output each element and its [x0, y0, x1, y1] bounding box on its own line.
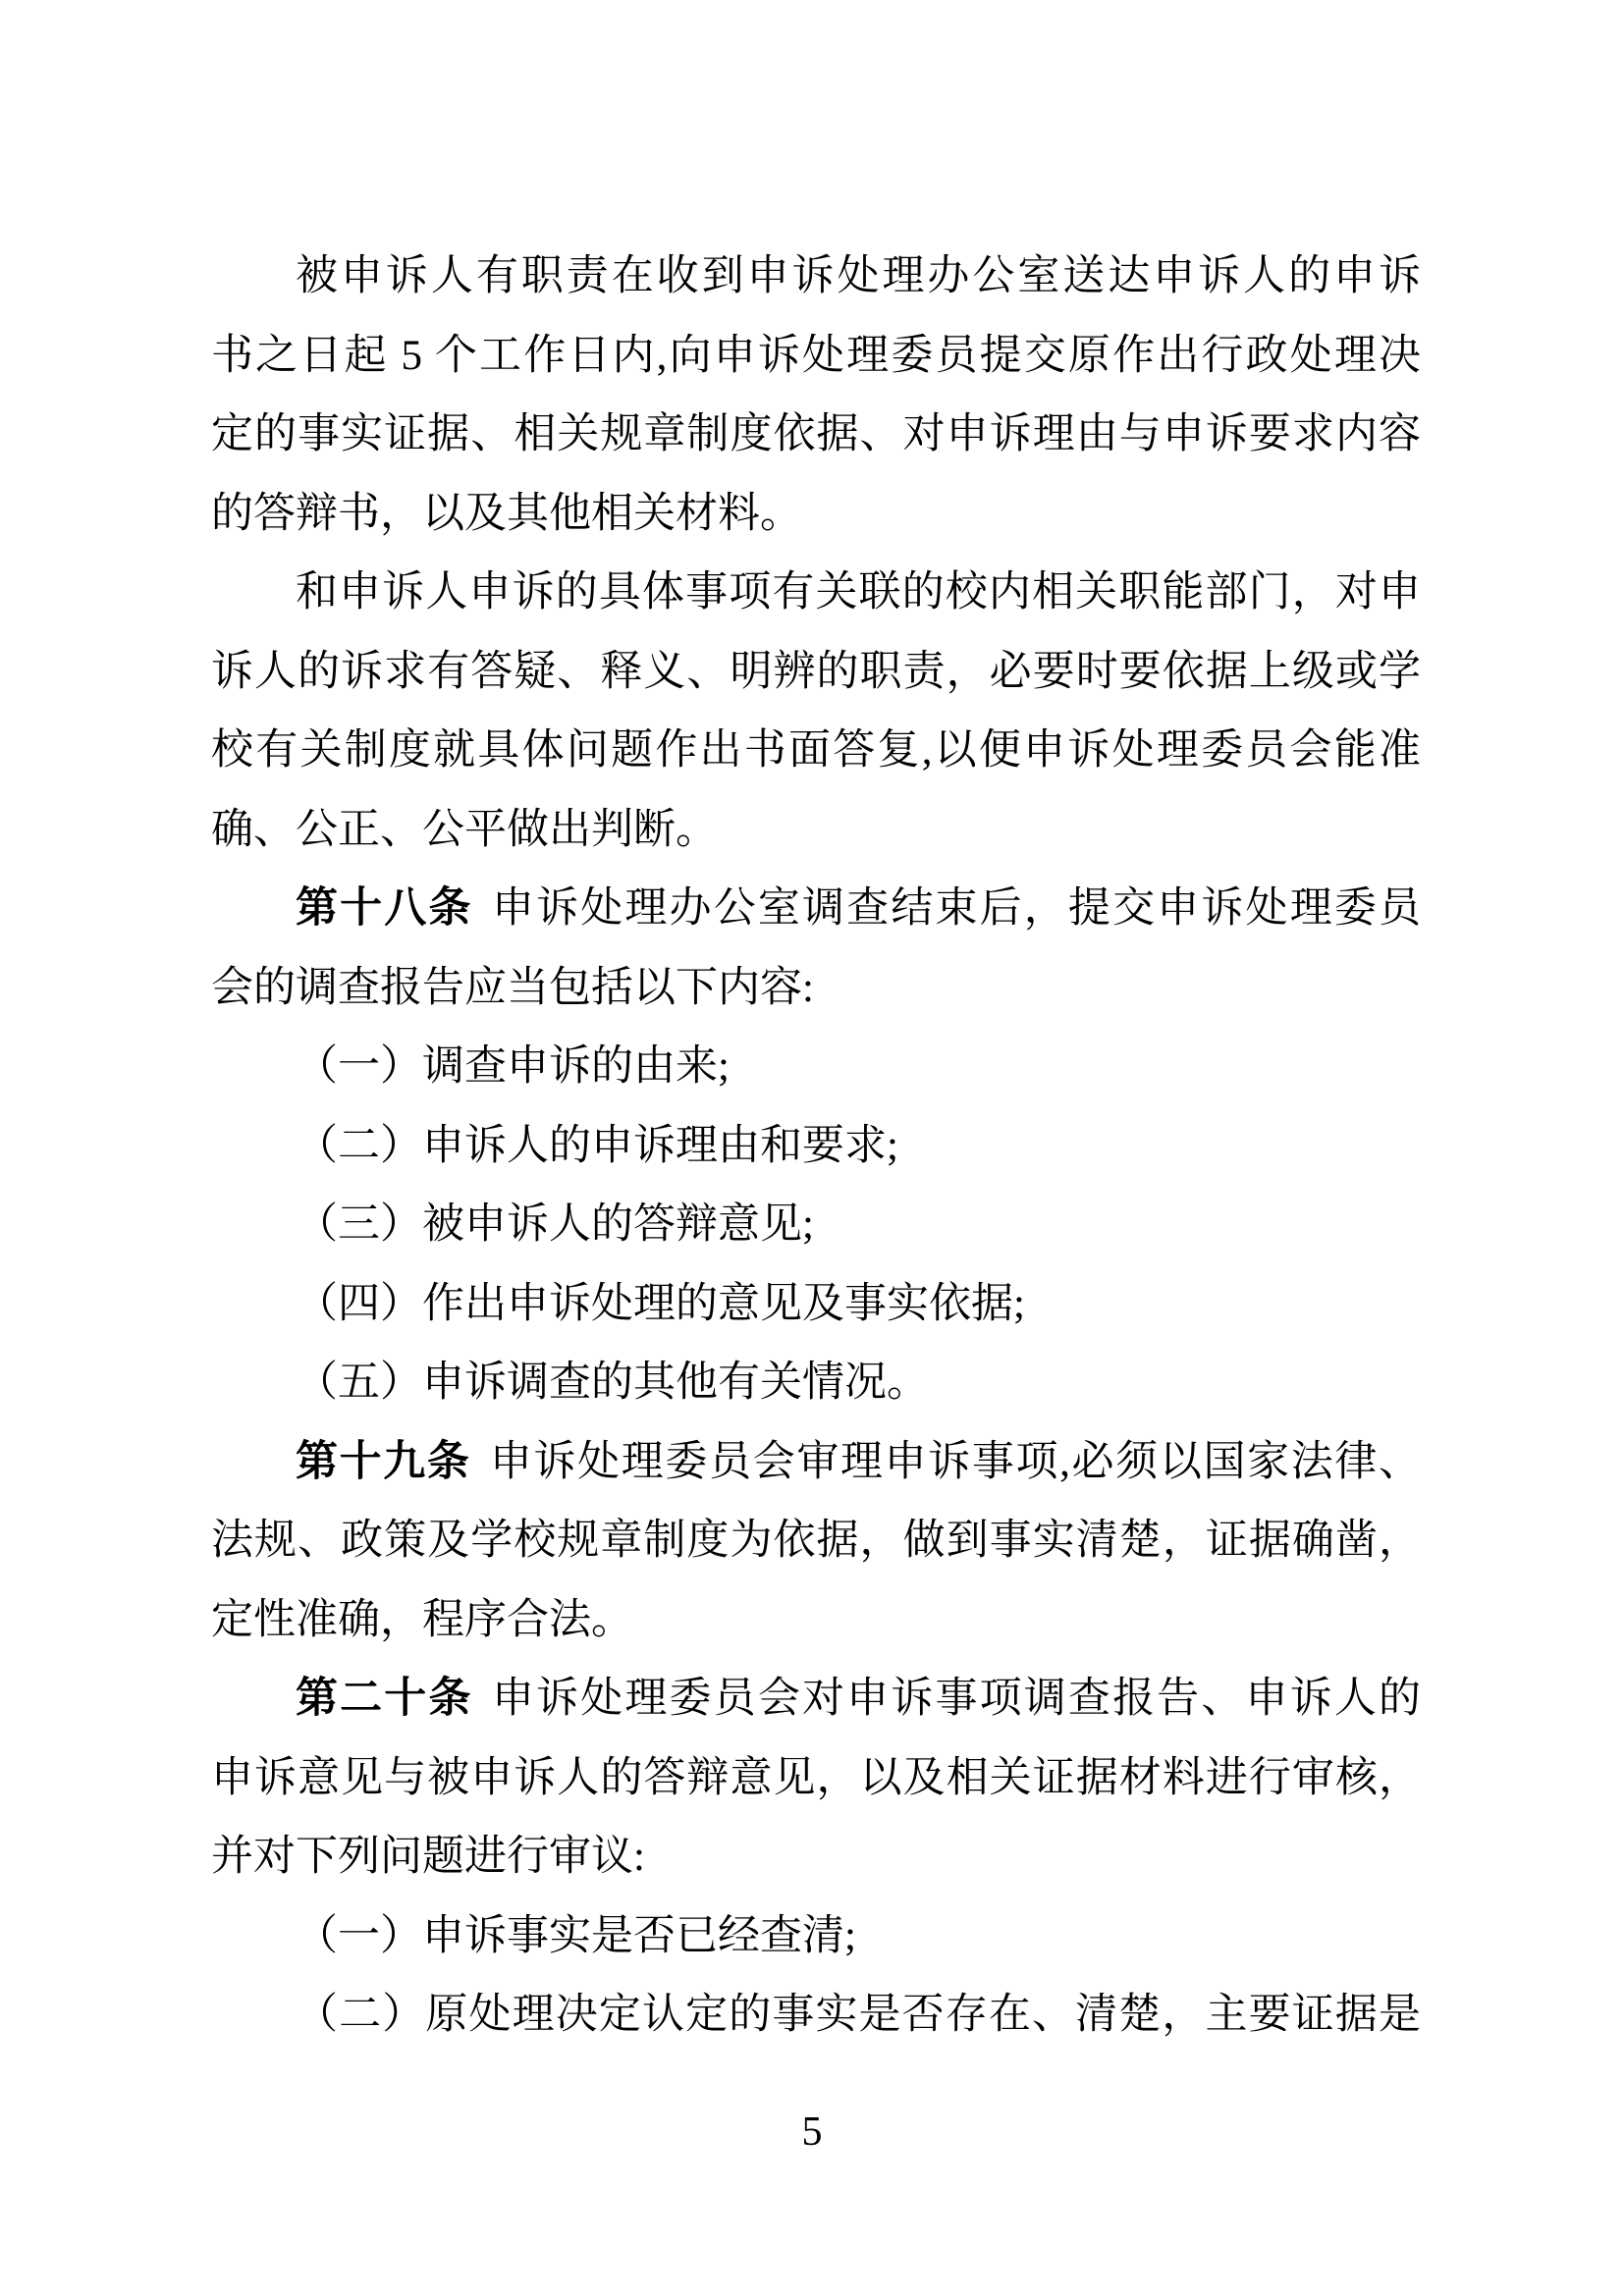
text-line: 并对下列问题进行审议: [211, 1818, 1421, 1897]
line-text: 会的调查报告应当包括以下内容: [211, 965, 814, 1011]
line-text: （二）申诉人的申诉理由和要求; [296, 1123, 898, 1169]
line-text: （一）申诉事实是否已经查清; [296, 1913, 856, 1959]
text-line: 定性准确，程序合法。 [211, 1581, 1421, 1661]
text-line: 第十九条申诉处理委员会审理申诉事项,必须以国家法律、 [211, 1423, 1421, 1503]
text-line: 的答辩书，以及其他相关材料。 [211, 475, 1421, 555]
text-line: 和申诉人申诉的具体事项有关联的校内相关职能部门，对申 [211, 554, 1421, 633]
line-text: （二）原处理决定认定的事实是否存在、清楚，主要证据是 [296, 1992, 1421, 2038]
line-text: 诉人的诉求有答疑、释义、明辨的职责，必要时要依据上级或学 [211, 649, 1421, 695]
text-line: 申诉意见与被申诉人的答辩意见，以及相关证据材料进行审核， [211, 1739, 1421, 1819]
line-text: 被申诉人有职责在收到申诉处理办公室送达申诉人的申诉 [296, 253, 1421, 299]
line-text: 申诉处理委员会审理申诉事项,必须以国家法律、 [490, 1439, 1421, 1485]
line-text: （三）被申诉人的答辩意见; [296, 1201, 814, 1248]
text-block: 被申诉人有职责在收到申诉处理办公室送达申诉人的申诉 书之日起 5 个工作日内,向… [211, 238, 1421, 2056]
article-number: 第二十条 [296, 1676, 473, 1722]
line-text: 定性准确，程序合法。 [211, 1597, 633, 1643]
article-number: 第十八条 [296, 885, 473, 932]
list-item: （一）申诉事实是否已经查清; [211, 1897, 1421, 1977]
line-text: （四）作出申诉处理的意见及事实依据; [296, 1281, 1025, 1327]
list-item: （一）调查申诉的由来; [211, 1028, 1421, 1107]
document-page: 被申诉人有职责在收到申诉处理办公室送达申诉人的申诉 书之日起 5 个工作日内,向… [0, 0, 1624, 2296]
line-text: 申诉处理办公室调查结束后，提交申诉处理委员 [492, 885, 1421, 932]
text-line: 书之日起 5 个工作日内,向申诉处理委员提交原作出行政处理决 [211, 317, 1421, 397]
text-line: 定的事实证据、相关规章制度依据、对申诉理由与申诉要求内容 [211, 396, 1421, 475]
line-text: 确、公正、公平做出判断。 [211, 807, 718, 853]
line-text: 法规、政策及学校规章制度为依据，做到事实清楚，证据确凿， [211, 1518, 1421, 1564]
text-line: 第二十条申诉处理委员会对申诉事项调查报告、申诉人的 [211, 1660, 1421, 1739]
line-text: （一）调查申诉的由来; [296, 1043, 730, 1090]
text-line: 会的调查报告应当包括以下内容: [211, 949, 1421, 1029]
text-line: 校有关制度就具体问题作出书面答复,以便申诉处理委员会能准 [211, 712, 1421, 791]
list-item: （四）作出申诉处理的意见及事实依据; [211, 1265, 1421, 1345]
line-text: 并对下列问题进行审议: [211, 1834, 645, 1880]
list-item: （五）申诉调查的其他有关情况。 [211, 1344, 1421, 1423]
text-line: 诉人的诉求有答疑、释义、明辨的职责，必要时要依据上级或学 [211, 633, 1421, 713]
line-text: 的答辩书，以及其他相关材料。 [211, 491, 802, 537]
text-line: 法规、政策及学校规章制度为依据，做到事实清楚，证据确凿， [211, 1502, 1421, 1581]
page-number: 5 [0, 2111, 1624, 2153]
line-text: 定的事实证据、相关规章制度依据、对申诉理由与申诉要求内容 [211, 411, 1421, 457]
list-item: （三）被申诉人的答辩意见; [211, 1186, 1421, 1265]
line-text: 申诉意见与被申诉人的答辩意见，以及相关证据材料进行审核， [211, 1755, 1421, 1801]
line-text: 申诉处理委员会对申诉事项调查报告、申诉人的 [492, 1676, 1421, 1722]
text-line: 确、公正、公平做出判断。 [211, 791, 1421, 871]
text-line: 第十八条申诉处理办公室调查结束后，提交申诉处理委员 [211, 870, 1421, 949]
article-number: 第十九条 [296, 1439, 471, 1485]
line-text: 和申诉人申诉的具体事项有关联的校内相关职能部门，对申 [296, 569, 1421, 615]
list-item: （二）申诉人的申诉理由和要求; [211, 1107, 1421, 1187]
list-item: （二）原处理决定认定的事实是否存在、清楚，主要证据是 [211, 1976, 1421, 2056]
line-text: 校有关制度就具体问题作出书面答复,以便申诉处理委员会能准 [211, 727, 1421, 774]
text-line: 被申诉人有职责在收到申诉处理办公室送达申诉人的申诉 [211, 238, 1421, 317]
line-text: 书之日起 5 个工作日内,向申诉处理委员提交原作出行政处理决 [211, 333, 1421, 379]
line-text: （五）申诉调查的其他有关情况。 [296, 1360, 929, 1406]
